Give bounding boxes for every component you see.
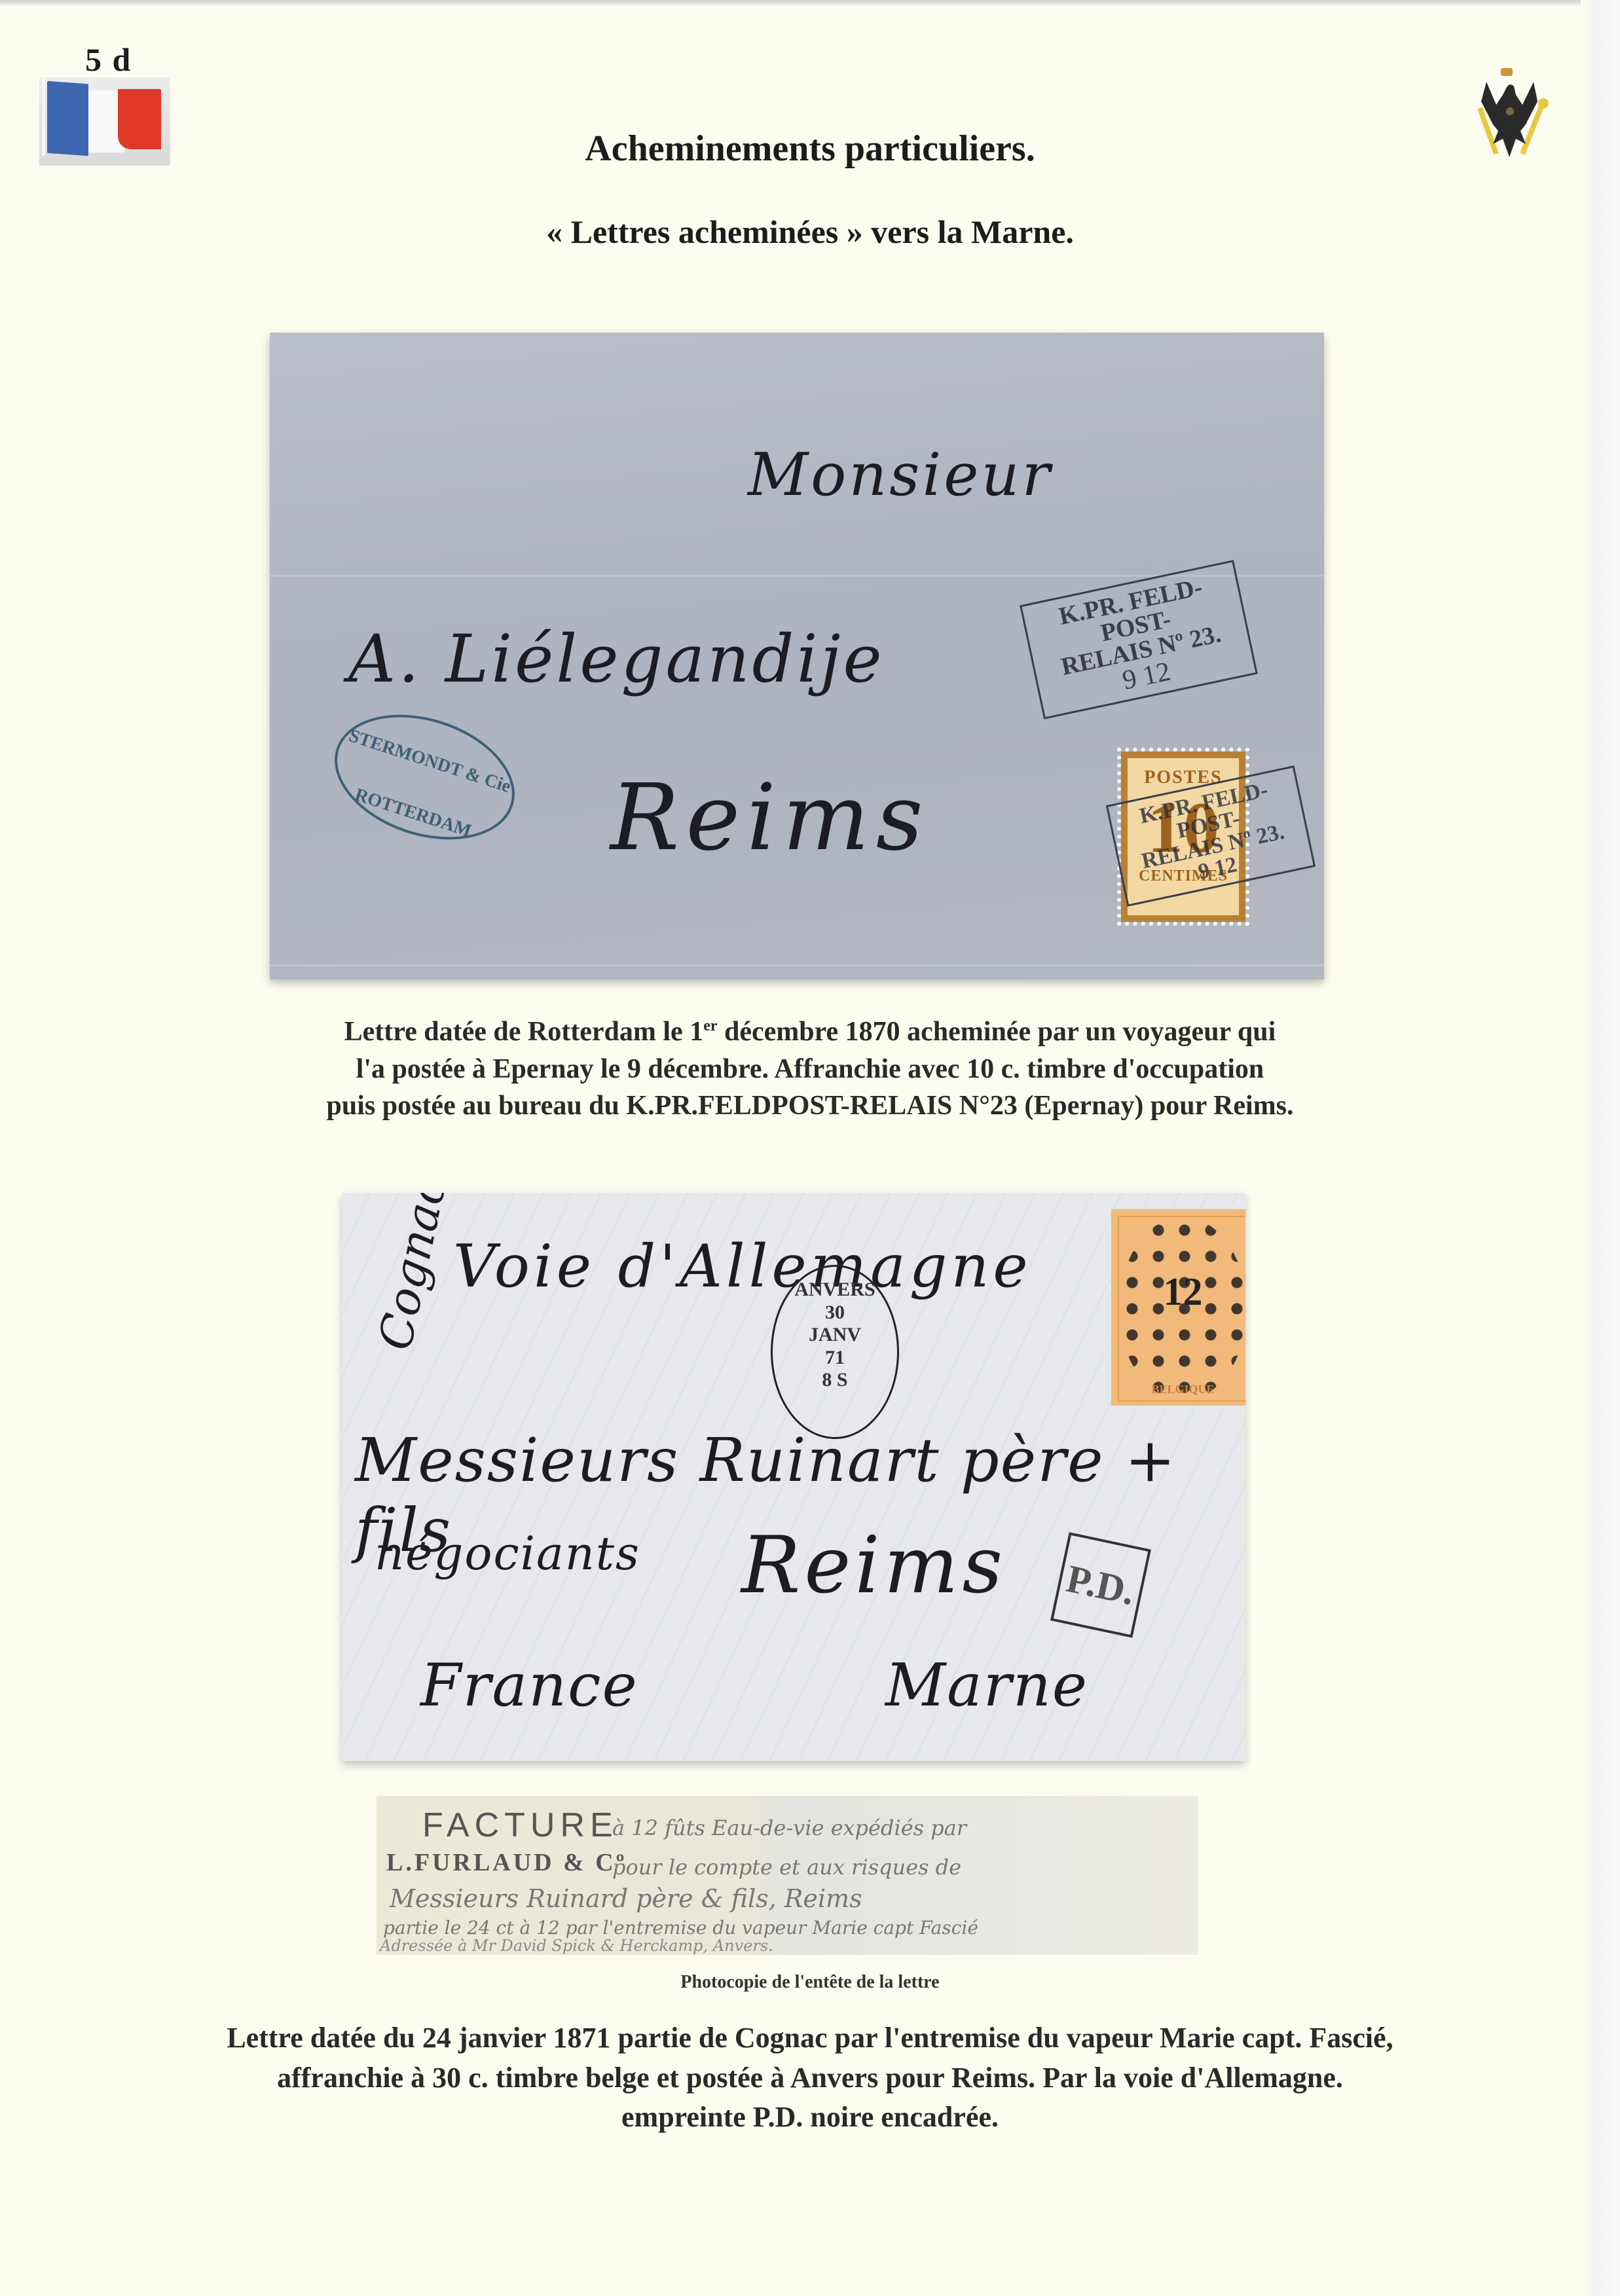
scan-right-edge [1581,0,1620,2296]
address-line: négociants [375,1527,640,1580]
anvers-date-stamp: ANVERS 30 JANV 71 8 S [771,1265,899,1439]
address-line: Monsieur [748,441,1053,509]
page-title: Acheminements particuliers. [0,128,1620,170]
pd-mark-framed: P.D. [1050,1532,1151,1638]
photocopy-caption: Photocopie de l'entête de la lettre [0,1972,1620,1993]
feldpost-relais-cancel: K.PR. FELD-POST- RELAIS Nº 23. 9 12 [1020,560,1258,720]
belgian-stamp-30c: 12 BELGIQUE [1111,1209,1245,1406]
scan-top-edge [0,0,1620,7]
side-note: Cognac [368,1193,457,1355]
page-number: 5 d [85,41,132,79]
cover2-caption: Lettre datée du 24 janvier 1871 partie d… [0,2018,1620,2138]
rotterdam-oval-cachet: STERMONDT & Cie ROTTERDAM [318,693,530,862]
cover-cognac-letter: Cognac Voie d'Allemagne Messieurs Ruinar… [342,1193,1245,1761]
address-line: Reims [610,765,930,871]
page-subtitle: « Lettres acheminées » vers la Marne. [0,213,1620,251]
address-line: France [420,1651,638,1720]
facture-letterhead-photocopy: FACTURE L.FURLAUD & Cº à 12 fûts Eau-de-… [377,1796,1198,1955]
address-line: Reims [741,1520,1006,1611]
cover1-caption: Lettre datée de Rotterdam le 1er décembr… [0,1013,1620,1125]
cover-rotterdam-letter: Monsieur A. Liélegandije Reims K.PR. FEL… [270,333,1324,979]
address-line: Marne [885,1651,1088,1720]
route-note: Voie d'Allemagne [453,1232,1032,1301]
address-line: A. Liélegandije [348,621,885,697]
